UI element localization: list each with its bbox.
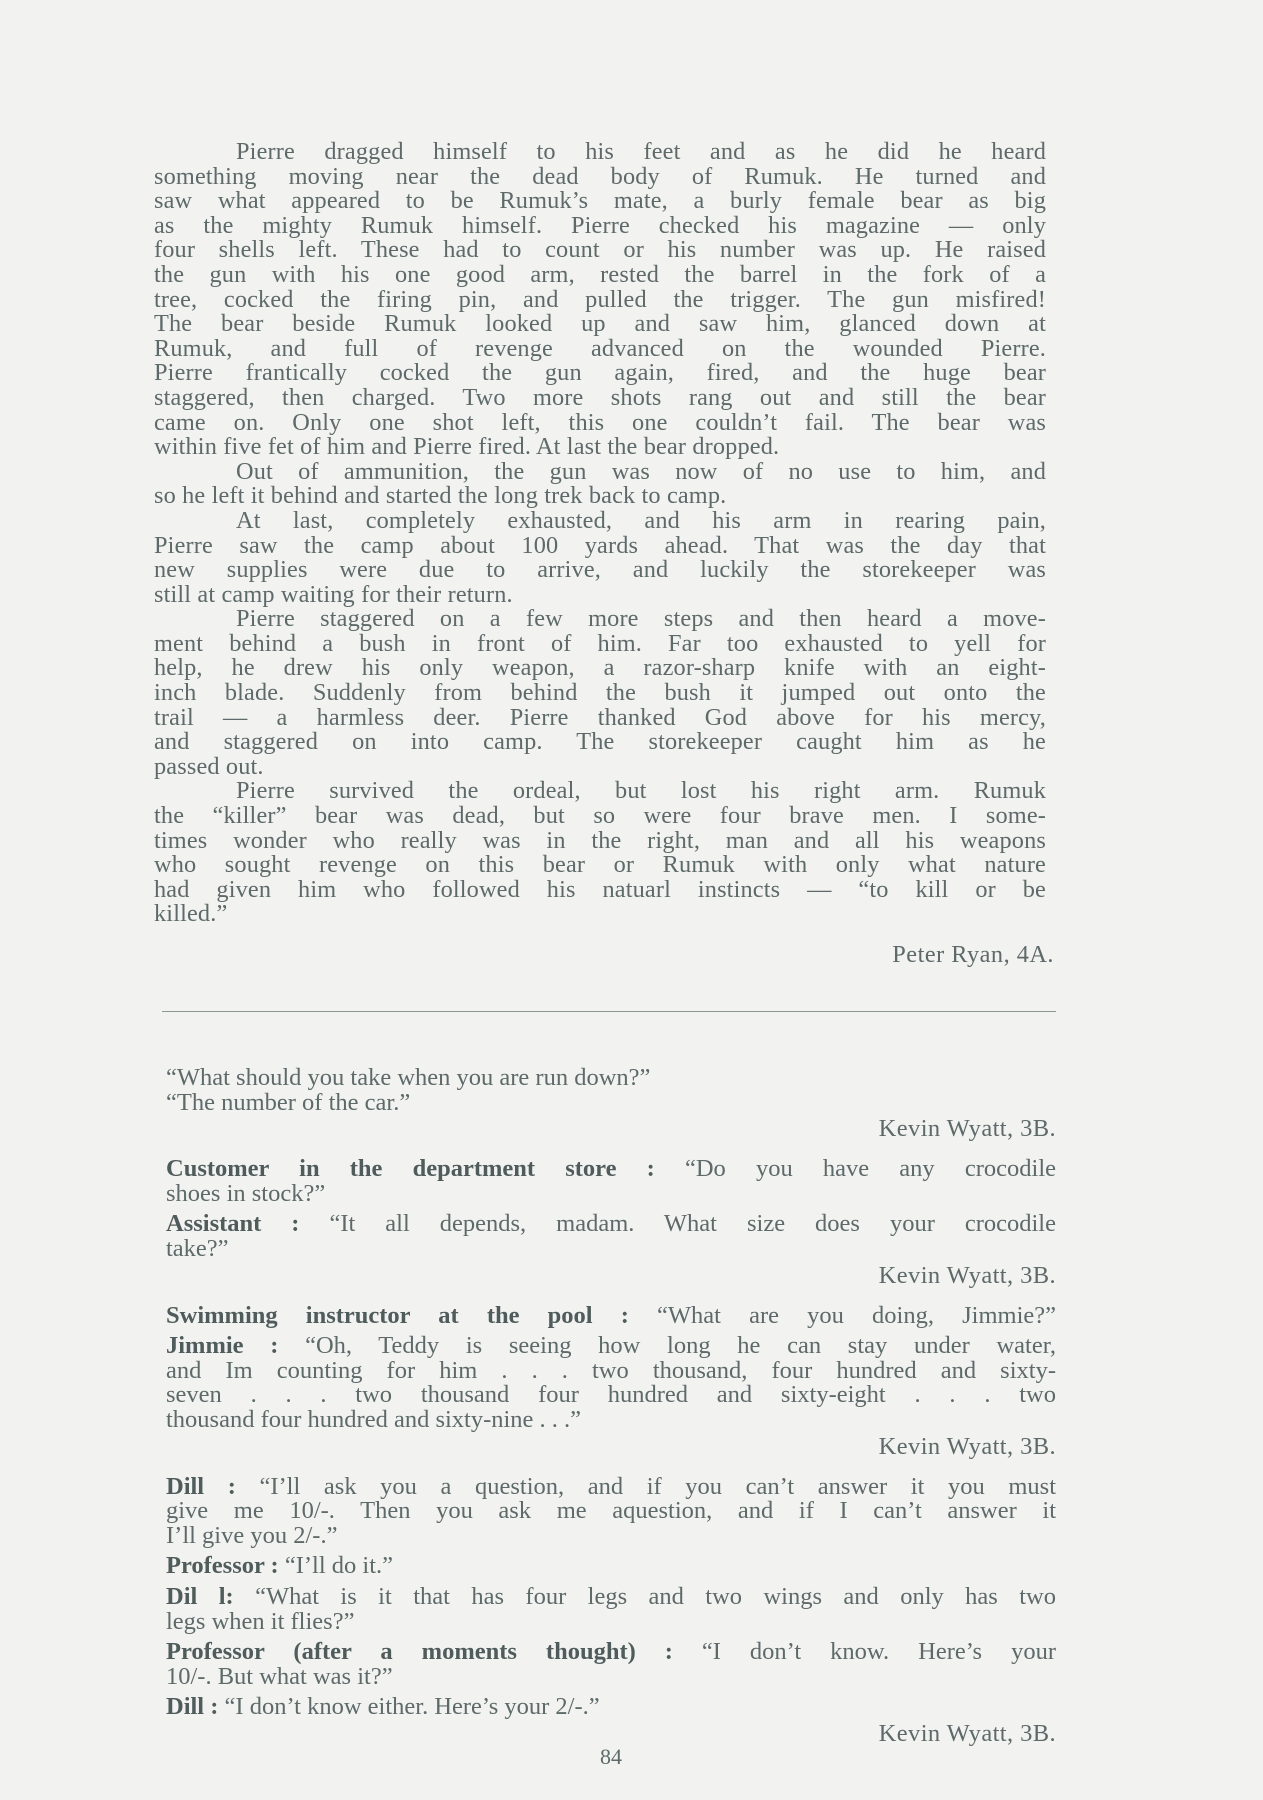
story-line: times wonder who really was in the right… — [154, 829, 1046, 854]
story-line: staggered, then charged. Two more shots … — [154, 386, 1046, 411]
joke-line: thousand four hundred and sixty-nine . .… — [166, 1408, 1056, 1433]
speaker-label: Customer in the department store : — [166, 1155, 655, 1182]
speaker-label: Dill : — [166, 1693, 218, 1720]
speaker-label: Assistant : — [166, 1210, 299, 1237]
story-line: At last, completely exhausted, and his a… — [154, 509, 1046, 534]
story-line: help, he drew his only weapon, a razor-s… — [154, 656, 1046, 681]
story-line: still at camp waiting for their return. — [154, 583, 1046, 608]
joke-line: shoes in stock?” — [166, 1182, 1056, 1207]
joke-author-signature: Kevin Wyatt, 3B. — [166, 1433, 1056, 1461]
dialogue-text: legs when it flies?” — [166, 1608, 354, 1635]
story-line: passed out. — [154, 755, 1046, 780]
dialogue-text: 10/-. But what was it?” — [166, 1663, 393, 1690]
joke-line: Dil l: “What is it that has four legs an… — [166, 1585, 1056, 1610]
section-divider — [162, 1011, 1056, 1012]
speaker-label: Professor : — [166, 1552, 279, 1579]
story-line: Pierre staggered on a few more steps and… — [154, 607, 1046, 632]
story-line: came on. Only one shot left, this one co… — [154, 411, 1046, 436]
story-line: ment behind a bush in front of him. Far … — [154, 632, 1046, 657]
document-page: Pierre dragged himself to his feet and a… — [0, 0, 1263, 1800]
dialogue-text: “What is it that has four legs and two w… — [234, 1583, 1056, 1610]
speaker-label: Swimming instructor at the pool : — [166, 1302, 629, 1329]
joke-line: take?” — [166, 1237, 1056, 1262]
story-line: something moving near the dead body of R… — [154, 165, 1046, 190]
story-line: and staggered on into camp. The storekee… — [154, 730, 1046, 755]
joke-line: Swimming instructor at the pool : “What … — [166, 1304, 1056, 1329]
story-line: Pierre dragged himself to his feet and a… — [154, 140, 1046, 165]
story-line: four shells left. These had to count or … — [154, 238, 1046, 263]
joke-author-signature: Kevin Wyatt, 3B. — [166, 1262, 1056, 1290]
dialogue-text: seven . . . two thousand four hundred an… — [166, 1381, 1056, 1408]
joke-item: Swimming instructor at the pool : “What … — [166, 1304, 1056, 1475]
joke-line: Professor : “I’ll do it.” — [166, 1554, 1056, 1579]
dialogue-text: “Do you have any crocodile — [655, 1155, 1056, 1182]
joke-item: Customer in the department store : “Do y… — [166, 1157, 1056, 1303]
story-line: so he left it behind and started the lon… — [154, 484, 1046, 509]
speaker-label: Professor (after a moments thought) : — [166, 1638, 673, 1665]
story-line: Out of ammunition, the gun was now of no… — [154, 460, 1046, 485]
speaker-label: Dil l: — [166, 1583, 234, 1610]
speaker-label: Jimmie : — [166, 1332, 278, 1359]
story-line: saw what appeared to be Rumuk’s mate, a … — [154, 189, 1046, 214]
story-line: Pierre frantically cocked the gun again,… — [154, 361, 1046, 386]
dialogue-text: shoes in stock?” — [166, 1180, 325, 1207]
story-line: the “killer” bear was dead, but so were … — [154, 804, 1046, 829]
dialogue-text: “The number of the car.” — [166, 1089, 410, 1116]
joke-line: legs when it flies?” — [166, 1610, 1056, 1635]
joke-line: “The number of the car.” — [166, 1091, 1056, 1116]
dialogue-text: “I don’t know. Here’s your — [673, 1638, 1056, 1665]
story-line: new supplies were due to arrive, and luc… — [154, 558, 1046, 583]
joke-line: Customer in the department store : “Do y… — [166, 1157, 1056, 1182]
joke-line: Assistant : “It all depends, madam. What… — [166, 1212, 1056, 1237]
joke-line: I’ll give you 2/-.” — [166, 1524, 1056, 1549]
joke-line: Jimmie : “Oh, Teddy is seeing how long h… — [166, 1334, 1056, 1359]
story-author-signature: Peter Ryan, 4A. — [892, 942, 1054, 968]
joke-item: Dill : “I’ll ask you a question, and if … — [166, 1475, 1056, 1748]
joke-line: Dill : “I’ll ask you a question, and if … — [166, 1475, 1056, 1500]
joke-line: give me 10/-. Then you ask me aquestion,… — [166, 1499, 1056, 1524]
story-line: The bear beside Rumuk looked up and saw … — [154, 312, 1046, 337]
dialogue-text: I’ll give you 2/-.” — [166, 1522, 337, 1549]
joke-author-signature: Kevin Wyatt, 3B. — [166, 1115, 1056, 1143]
speaker-label: Dill : — [166, 1473, 236, 1500]
joke-line: and Im counting for him . . . two thousa… — [166, 1359, 1056, 1384]
page-number: 84 — [0, 1744, 1222, 1770]
joke-line: 10/-. But what was it?” — [166, 1665, 1056, 1690]
dialogue-text: “I’ll do it.” — [279, 1552, 393, 1579]
joke-line: “What should you take when you are run d… — [166, 1066, 1056, 1091]
story-line: killed.” — [154, 902, 1046, 927]
story-line: as the mighty Rumuk himself. Pierre chec… — [154, 214, 1046, 239]
dialogue-text: thousand four hundred and sixty-nine . .… — [166, 1406, 581, 1433]
story-line: Pierre survived the ordeal, but lost his… — [154, 779, 1046, 804]
story-line: who sought revenge on this bear or Rumuk… — [154, 853, 1046, 878]
story-line: Pierre saw the camp about 100 yards ahea… — [154, 534, 1046, 559]
dialogue-text: “What are you doing, Jimmie?” — [629, 1302, 1056, 1329]
dialogue-text: “What should you take when you are run d… — [166, 1064, 650, 1091]
joke-line: Dill : “I don’t know either. Here’s your… — [166, 1695, 1056, 1720]
story-line: within five fet of him and Pierre fired.… — [154, 435, 1046, 460]
joke-line: seven . . . two thousand four hundred an… — [166, 1383, 1056, 1408]
story-line: trail — a harmless deer. Pierre thanked … — [154, 706, 1046, 731]
story-body: Pierre dragged himself to his feet and a… — [154, 140, 1046, 927]
dialogue-text: take?” — [166, 1235, 229, 1262]
dialogue-text: “It all depends, madam. What size does y… — [299, 1210, 1056, 1237]
dialogue-text: “I’ll ask you a question, and if you can… — [236, 1473, 1056, 1500]
dialogue-text: give me 10/-. Then you ask me aquestion,… — [166, 1497, 1056, 1524]
dialogue-text: “I don’t know either. Here’s your 2/-.” — [218, 1693, 599, 1720]
jokes-section: “What should you take when you are run d… — [166, 1066, 1056, 1748]
story-line: Rumuk, and full of revenge advanced on t… — [154, 337, 1046, 362]
joke-item: “What should you take when you are run d… — [166, 1066, 1056, 1157]
dialogue-text: “Oh, Teddy is seeing how long he can sta… — [278, 1332, 1056, 1359]
story-line: inch blade. Suddenly from behind the bus… — [154, 681, 1046, 706]
joke-line: Professor (after a moments thought) : “I… — [166, 1640, 1056, 1665]
story-line: had given him who followed his natuarl i… — [154, 878, 1046, 903]
story-line: the gun with his one good arm, rested th… — [154, 263, 1046, 288]
story-line: tree, cocked the firing pin, and pulled … — [154, 288, 1046, 313]
dialogue-text: and Im counting for him . . . two thousa… — [166, 1357, 1056, 1384]
